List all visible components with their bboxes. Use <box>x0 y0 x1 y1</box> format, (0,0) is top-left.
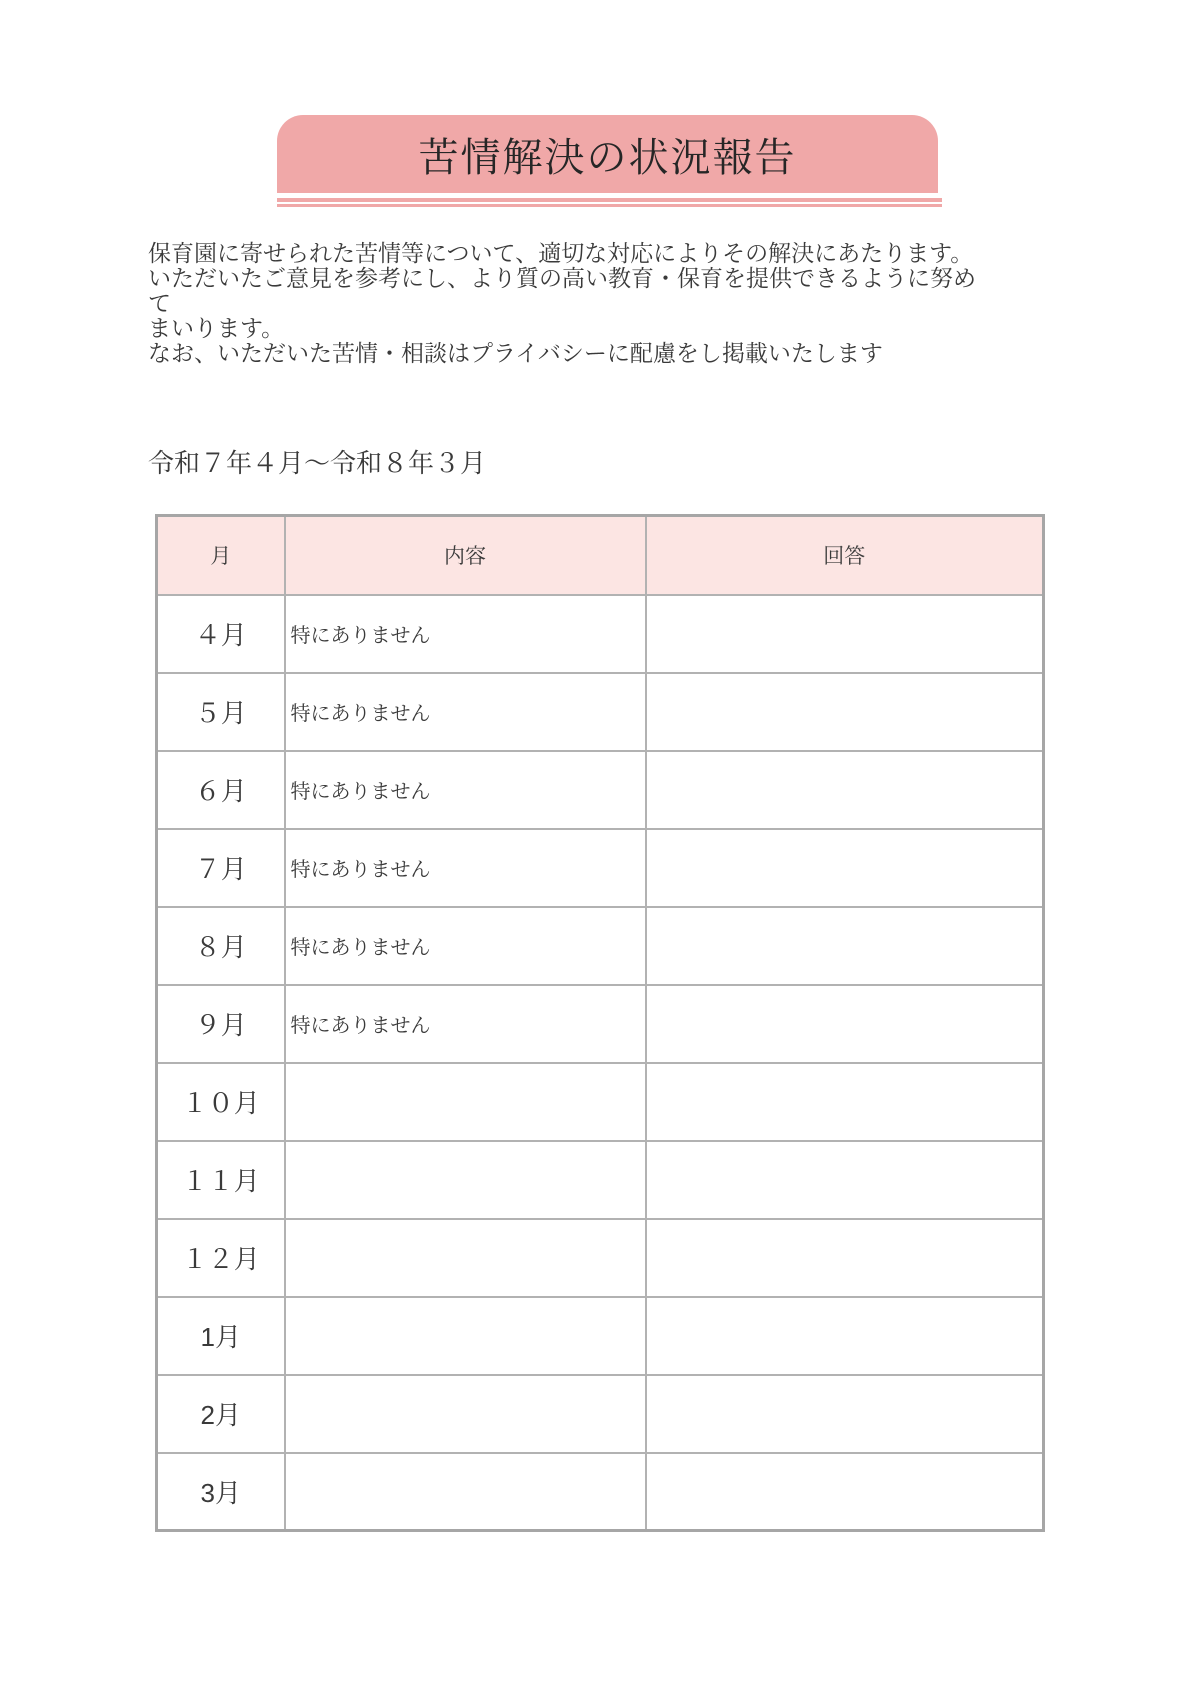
banner-stripe-top <box>277 198 942 202</box>
month-cell: ４月 <box>157 595 285 673</box>
content-cell: 特にありません <box>285 673 646 751</box>
content-cell <box>285 1297 646 1375</box>
month-cell: ８月 <box>157 907 285 985</box>
content-cell: 特にありません <box>285 751 646 829</box>
month-cell: ５月 <box>157 673 285 751</box>
answer-cell <box>646 1453 1044 1531</box>
answer-cell <box>646 1297 1044 1375</box>
month-cell: １２月 <box>157 1219 285 1297</box>
answer-cell <box>646 1375 1044 1453</box>
content-cell <box>285 1219 646 1297</box>
table-header-row: 月 内容 回答 <box>157 516 1044 595</box>
intro-paragraph: 保育園に寄せられた苦情等について、適切な対応によりその解決にあたります。 いただ… <box>148 241 998 366</box>
answer-cell <box>646 595 1044 673</box>
answer-cell <box>646 1063 1044 1141</box>
answer-cell <box>646 985 1044 1063</box>
column-header-answer: 回答 <box>646 516 1044 595</box>
table-row: ６月 特にありません <box>157 751 1044 829</box>
content-cell: 特にありません <box>285 985 646 1063</box>
table-row: ８月 特にありません <box>157 907 1044 985</box>
banner-stripe-bottom <box>277 204 942 207</box>
table-row: １０月 <box>157 1063 1044 1141</box>
table-row: ７月 特にありません <box>157 829 1044 907</box>
answer-cell <box>646 1219 1044 1297</box>
content-cell <box>285 1063 646 1141</box>
month-cell: １１月 <box>157 1141 285 1219</box>
answer-cell <box>646 1141 1044 1219</box>
month-cell: ６月 <box>157 751 285 829</box>
table-row: １２月 <box>157 1219 1044 1297</box>
table-row: １１月 <box>157 1141 1044 1219</box>
month-cell: 1月 <box>157 1297 285 1375</box>
month-cell: 2月 <box>157 1375 285 1453</box>
month-cell: 3月 <box>157 1453 285 1531</box>
answer-cell <box>646 751 1044 829</box>
month-cell: ７月 <box>157 829 285 907</box>
report-period: 令和７年４月～令和８年３月 <box>148 443 486 480</box>
document-page: 苦情解決の状況報告 保育園に寄せられた苦情等について、適切な対応によりその解決に… <box>0 0 1200 1696</box>
complaint-status-table: 月 内容 回答 ４月 特にありません ５月 特にありません ６月 特にありません <box>155 514 1045 1532</box>
content-cell <box>285 1375 646 1453</box>
answer-cell <box>646 829 1044 907</box>
month-cell: １０月 <box>157 1063 285 1141</box>
column-header-content: 内容 <box>285 516 646 595</box>
content-cell <box>285 1141 646 1219</box>
answer-cell <box>646 673 1044 751</box>
content-cell: 特にありません <box>285 595 646 673</box>
table-row: ５月 特にありません <box>157 673 1044 751</box>
title-banner: 苦情解決の状況報告 <box>277 115 938 193</box>
table-row: 2月 <box>157 1375 1044 1453</box>
table-row: 3月 <box>157 1453 1044 1531</box>
table-row: ４月 特にありません <box>157 595 1044 673</box>
content-cell <box>285 1453 646 1531</box>
page-title: 苦情解決の状況報告 <box>419 126 797 183</box>
table-row: ９月 特にありません <box>157 985 1044 1063</box>
content-cell: 特にありません <box>285 829 646 907</box>
content-cell: 特にありません <box>285 907 646 985</box>
answer-cell <box>646 907 1044 985</box>
column-header-month: 月 <box>157 516 285 595</box>
table-row: 1月 <box>157 1297 1044 1375</box>
month-cell: ９月 <box>157 985 285 1063</box>
